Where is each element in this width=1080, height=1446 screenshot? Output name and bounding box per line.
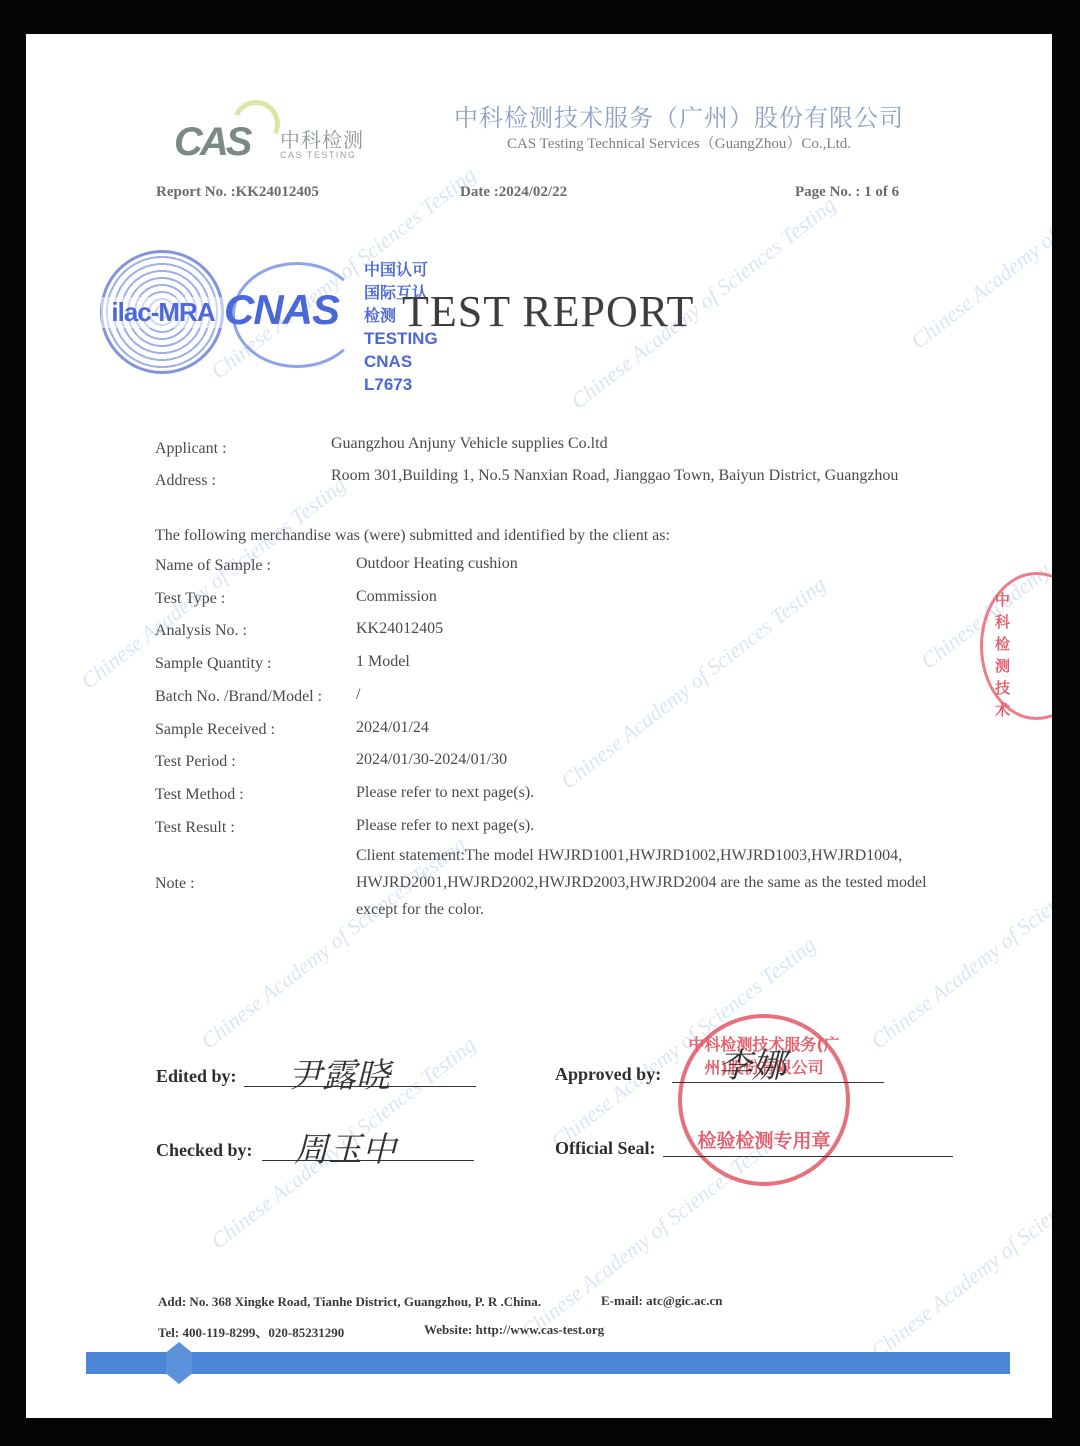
footer-tel: Tel: 400-119-8299、020-85231290 bbox=[158, 1322, 344, 1341]
report-date: Date :2024/02/22 bbox=[460, 184, 567, 201]
footer-bar bbox=[86, 1352, 1010, 1374]
field-value: / bbox=[356, 686, 360, 704]
field-value: Please refer to next page(s). bbox=[356, 784, 534, 802]
approved-signature: 李娜 bbox=[718, 1038, 786, 1087]
watermark: Chinese Academy of Sciences Testing bbox=[556, 572, 831, 795]
field-value: Outdoor Heating cushion bbox=[356, 555, 518, 573]
intro-text: The following merchandise was (were) sub… bbox=[155, 527, 670, 545]
cnas-code: CNAS L7673 bbox=[364, 350, 454, 396]
field-label: Sample Received : bbox=[155, 721, 275, 739]
checked-signature: 周玉中 bbox=[294, 1122, 396, 1171]
note-value: Client statement:The model HWJRD1001,HWJ… bbox=[356, 842, 996, 923]
cnas-line: 中国认可 bbox=[364, 258, 454, 281]
page-number: Page No. : 1 of 6 bbox=[795, 184, 899, 201]
company-name-en: CAS Testing Technical Services（GuangZhou… bbox=[444, 132, 914, 153]
footer-bar-ornament-icon bbox=[166, 1342, 192, 1384]
field-value: 2024/01/30-2024/01/30 bbox=[356, 751, 507, 769]
side-seal-text: 中科检测技术 bbox=[995, 589, 1017, 721]
field-label: Test Result : bbox=[155, 819, 235, 837]
logo-letters: CAS bbox=[174, 120, 249, 165]
watermark: Chinese Academy of Sciences Testing bbox=[906, 132, 1052, 355]
applicant-value: Guangzhou Anjuny Vehicle supplies Co.ltd bbox=[331, 435, 608, 453]
report-page: Chinese Academy of Sciences Testing Chin… bbox=[26, 34, 1052, 1418]
side-seal: 中科检测技术 bbox=[980, 572, 1052, 720]
field-value: KK24012405 bbox=[356, 620, 443, 638]
ilac-text: ilac-MRA bbox=[101, 297, 225, 328]
footer-website[interactable]: Website: http://www.cas-test.org bbox=[424, 1322, 604, 1338]
report-number: Report No. :KK24012405 bbox=[156, 184, 319, 201]
ilac-mra-logo: ilac-MRA bbox=[100, 250, 224, 374]
edited-by-label: Edited by: bbox=[156, 1066, 237, 1087]
address-label: Address : bbox=[155, 472, 216, 490]
field-value: 1 Model bbox=[356, 653, 410, 671]
approved-by-label: Approved by: bbox=[555, 1064, 661, 1085]
applicant-label: Applicant : bbox=[155, 440, 227, 458]
note-line: Client statement:The model HWJRD1001,HWJ… bbox=[356, 842, 996, 869]
field-value: 2024/01/24 bbox=[356, 719, 429, 737]
logo-en: CAS TESTING bbox=[280, 150, 356, 160]
field-value: Commission bbox=[356, 588, 437, 606]
edited-signature: 尹露晓 bbox=[288, 1048, 390, 1097]
note-label: Note : bbox=[155, 875, 195, 893]
cnas-text: CNAS bbox=[224, 286, 339, 334]
note-line: HWJRD2001,HWJRD2002,HWJRD2003,HWJRD2004 … bbox=[356, 869, 996, 896]
cas-logo: CAS 中科检测 CAS TESTING bbox=[174, 98, 374, 162]
field-label: Analysis No. : bbox=[155, 622, 247, 640]
cnas-logo: CNAS bbox=[230, 262, 360, 362]
field-value: Please refer to next page(s). bbox=[356, 817, 534, 835]
field-label: Test Type : bbox=[155, 590, 225, 608]
logo-cn: 中科检测 bbox=[280, 124, 364, 153]
footer-address: Add: No. 368 Xingke Road, Tianhe Distric… bbox=[158, 1294, 541, 1310]
address-value: Room 301,Building 1, No.5 Nanxian Road, … bbox=[331, 467, 898, 485]
field-label: Test Period : bbox=[155, 753, 236, 771]
note-line: except for the color. bbox=[356, 896, 996, 923]
footer-email[interactable]: E-mail: atc@gic.ac.cn bbox=[601, 1293, 722, 1309]
page-title: TEST REPORT bbox=[402, 286, 694, 337]
company-name-cn: 中科检测技术服务（广州）股份有限公司 bbox=[444, 98, 914, 133]
official-seal-line bbox=[663, 1144, 953, 1157]
field-label: Batch No. /Brand/Model : bbox=[155, 688, 322, 706]
checked-by-label: Checked by: bbox=[156, 1140, 253, 1161]
official-seal-label: Official Seal: bbox=[555, 1138, 655, 1159]
field-label: Test Method : bbox=[155, 786, 244, 804]
field-label: Name of Sample : bbox=[155, 557, 271, 575]
field-label: Sample Quantity : bbox=[155, 655, 271, 673]
watermark: Chinese Academy of Sciences Testing bbox=[866, 1142, 1052, 1365]
